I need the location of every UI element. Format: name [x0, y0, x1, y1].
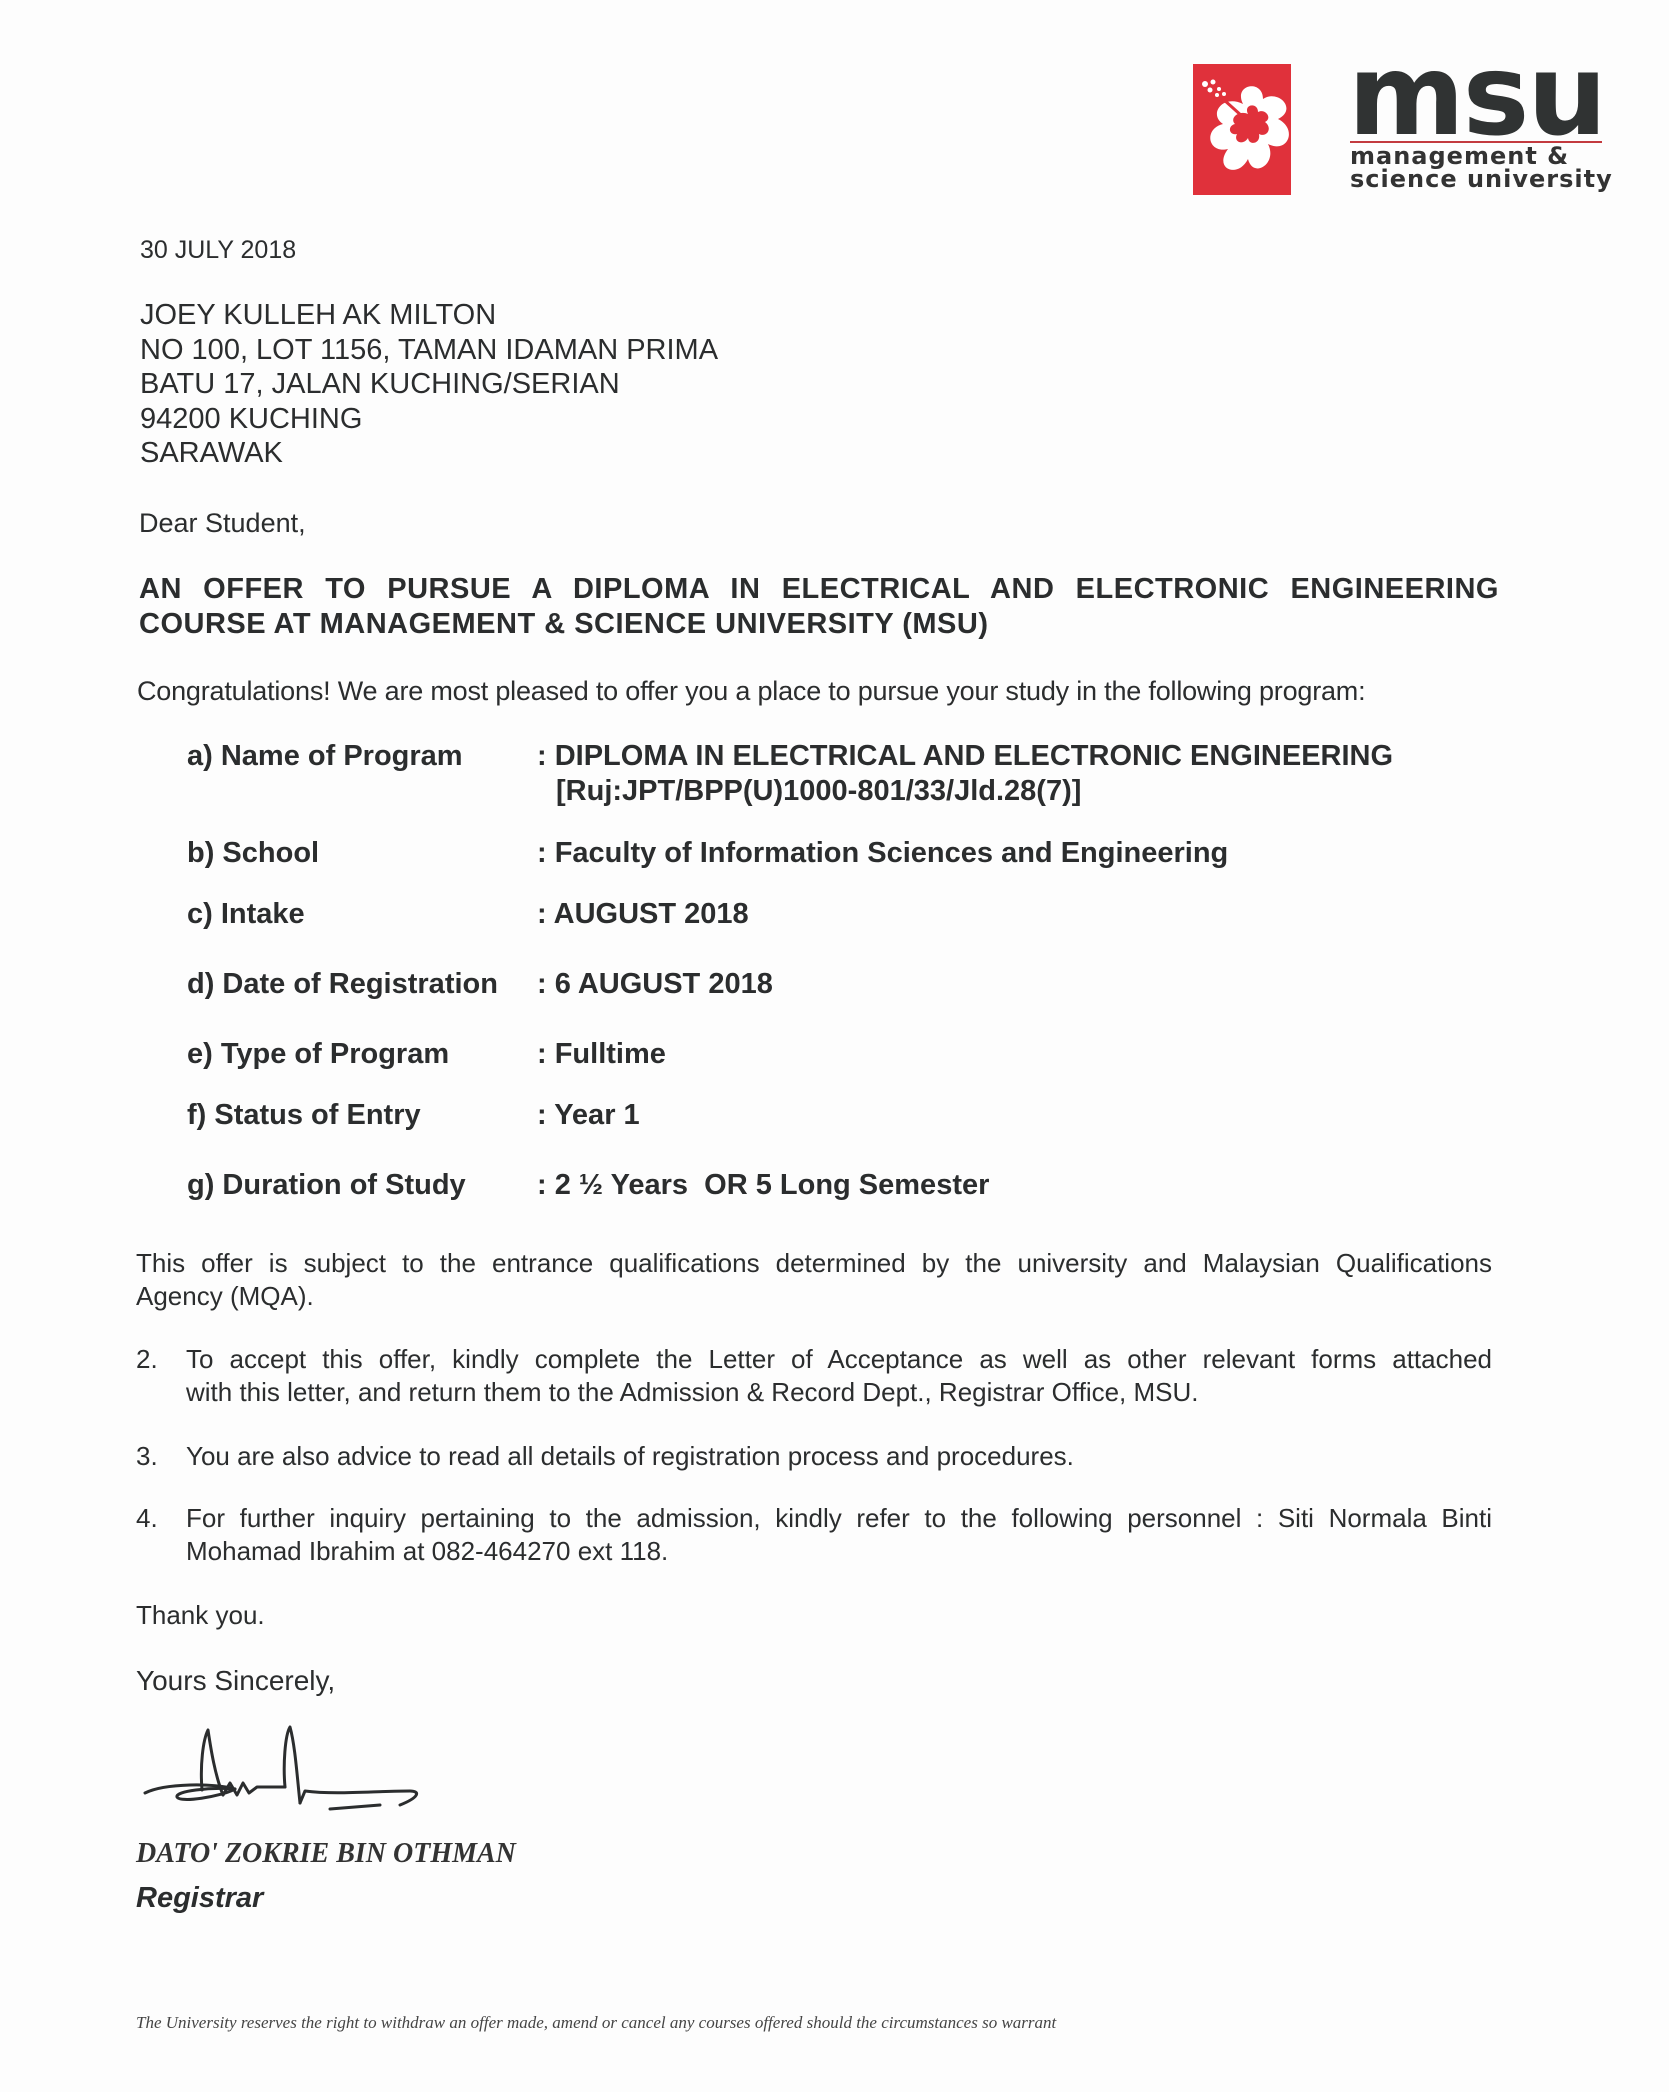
- subject-line-2: COURSE AT MANAGEMENT & SCIENCE UNIVERSIT…: [139, 607, 1499, 642]
- address-line: NO 100, LOT 1156, TAMAN IDAMAN PRIMA: [140, 333, 718, 368]
- item-number: 2.: [136, 1343, 158, 1376]
- subject-heading: AN OFFER TO PURSUE A DIPLOMA IN ELECTRIC…: [139, 572, 1499, 642]
- detail-label: d) Date of Registration: [187, 967, 498, 1001]
- detail-value: : Year 1: [537, 1098, 640, 1132]
- sign-off: Yours Sincerely,: [136, 1665, 335, 1697]
- salutation: Dear Student,: [139, 508, 306, 539]
- paragraph-1: This offer is subject to the entrance qu…: [136, 1247, 1492, 1313]
- item-number: 3.: [136, 1440, 158, 1473]
- signature-icon: [135, 1725, 475, 1840]
- logo-wordmark: msu: [1348, 40, 1605, 152]
- address-line: 94200 KUCHING: [140, 402, 718, 437]
- item-number: 4.: [136, 1502, 158, 1535]
- paragraph-line: Agency (MQA).: [136, 1280, 1492, 1313]
- paragraph-3: You are also advice to read all details …: [186, 1440, 1492, 1473]
- detail-value: : DIPLOMA IN ELECTRICAL AND ELECTRONIC E…: [537, 739, 1393, 773]
- paragraph-line: For further inquiry pertaining to the ad…: [186, 1502, 1492, 1535]
- paragraph-line: To accept this offer, kindly complete th…: [186, 1343, 1492, 1376]
- subject-line-1: AN OFFER TO PURSUE A DIPLOMA IN ELECTRIC…: [139, 572, 1499, 607]
- paragraph-line: with this letter, and return them to the…: [186, 1376, 1492, 1409]
- detail-label: f) Status of Entry: [187, 1098, 421, 1132]
- detail-value: : Fulltime: [537, 1037, 666, 1071]
- recipient-address: JOEY KULLEH AK MILTON NO 100, LOT 1156, …: [140, 298, 718, 471]
- recipient-name: JOEY KULLEH AK MILTON: [140, 298, 718, 333]
- address-line: SARAWAK: [140, 436, 718, 471]
- detail-value: : 6 AUGUST 2018: [537, 967, 773, 1001]
- detail-reference: [Ruj:JPT/BPP(U)1000-801/33/Jld.28(7)]: [556, 774, 1081, 808]
- intro-text: Congratulations! We are most pleased to …: [137, 676, 1365, 707]
- detail-label: g) Duration of Study: [187, 1168, 466, 1202]
- paragraph-line: This offer is subject to the entrance qu…: [136, 1247, 1492, 1280]
- detail-label: b) School: [187, 836, 319, 870]
- detail-value: : Faculty of Information Sciences and En…: [537, 836, 1228, 870]
- letter-date: 30 JULY 2018: [140, 236, 296, 265]
- detail-value: : 2 ½ Years OR 5 Long Semester: [537, 1168, 989, 1202]
- logo-subtitle-line2: science university: [1350, 168, 1613, 191]
- footer-disclaimer: The University reserves the right to wit…: [136, 2013, 1056, 2033]
- hibiscus-flower-icon: [1193, 64, 1291, 195]
- thank-you: Thank you.: [136, 1600, 265, 1631]
- address-line: BATU 17, JALAN KUCHING/SERIAN: [140, 367, 718, 402]
- logo-subtitle: management & science university: [1350, 145, 1613, 191]
- paragraph-line: You are also advice to read all details …: [186, 1440, 1492, 1473]
- signatory-name: DATO' ZOKRIE BIN OTHMAN: [136, 1838, 516, 1870]
- paragraph-2: To accept this offer, kindly complete th…: [186, 1343, 1492, 1409]
- detail-label: e) Type of Program: [187, 1037, 449, 1071]
- paragraph-4: For further inquiry pertaining to the ad…: [186, 1502, 1492, 1568]
- paragraph-line: Mohamad Ibrahim at 082-464270 ext 118.: [186, 1535, 1492, 1568]
- detail-label: a) Name of Program: [187, 739, 463, 773]
- signatory-title: Registrar: [136, 1882, 263, 1915]
- detail-label: c) Intake: [187, 897, 305, 931]
- detail-value: : AUGUST 2018: [537, 897, 749, 931]
